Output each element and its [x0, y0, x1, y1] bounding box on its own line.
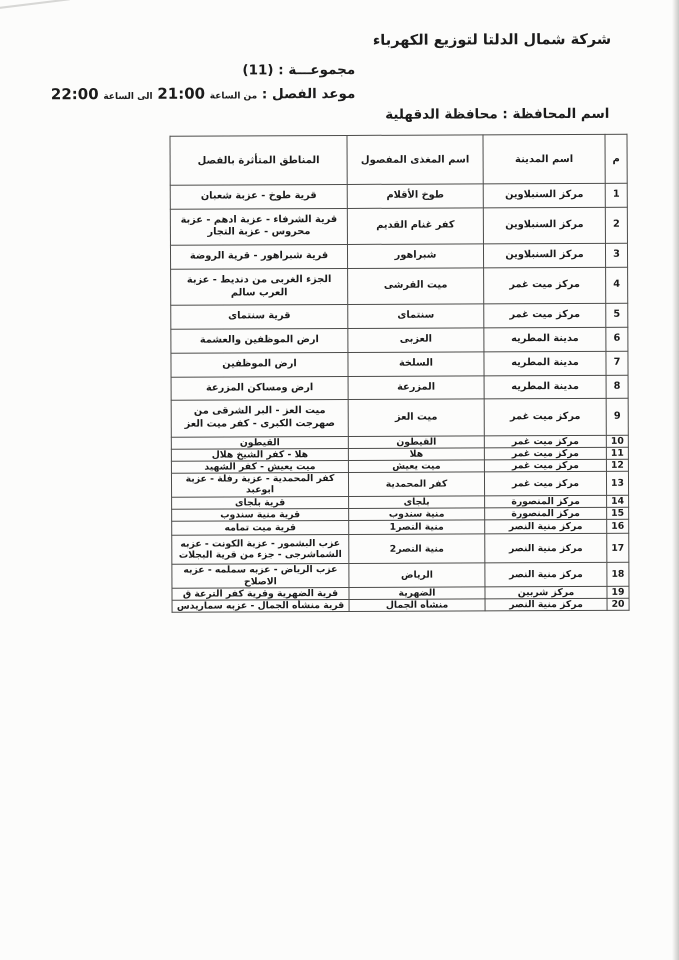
header-city: اسم المدينة: [483, 134, 605, 184]
cell-city: مركز ميت غمر: [484, 399, 606, 436]
table-row: 1 مركز السنبلاوين طوخ الأقلام قرية طوخ -…: [170, 183, 627, 209]
outage-time-to-value: 22:00: [51, 85, 99, 103]
cell-areas: كفر المحمدية - عزبة رفلة - عزبة ابوعبد: [171, 473, 348, 497]
cell-feeder: كفر غنام القديم: [347, 208, 483, 245]
cell-number: 9: [606, 399, 628, 436]
cell-city: مركز ميت غمر: [484, 447, 606, 460]
cell-number: 14: [607, 495, 629, 507]
table-row: 8 مدينة المطريه المزرعة ارض ومساكن المزر…: [171, 375, 628, 401]
cell-areas: قرية بلجاى: [172, 496, 349, 509]
outage-time-from-word: من الساعة: [210, 91, 257, 101]
cell-feeder: كفر المحمدية: [348, 472, 484, 496]
governorate-line: اسم المحافظة : محافظة الدقهلية: [385, 106, 609, 123]
cell-number: 18: [607, 563, 629, 586]
cell-areas: قرية الشرفاء - عزبة ادهم - عزبة محروس - …: [170, 208, 347, 245]
cell-areas: قرية منية سندوب: [172, 508, 349, 521]
cell-city: مركز منية النصر: [485, 598, 607, 611]
table-row: 3 مركز السنبلاوين شبراهور قرية شبراهور -…: [170, 243, 627, 269]
cell-city: مدينة المطريه: [484, 327, 606, 351]
cell-areas: قرية ميت تمامه: [172, 520, 349, 535]
cell-number: 5: [606, 304, 628, 328]
header-areas: المناطق المتأثرة بالفصل: [170, 135, 347, 185]
cell-feeder: منية سندوب: [349, 508, 485, 521]
table-row: 5 مركز ميت غمر سنتماى قرية سنتماى: [171, 304, 628, 330]
scanned-document-page: شركة شمال الدلتا لتوزيع الكهرباء مجموعــ…: [0, 0, 679, 960]
cell-feeder: بلجاى: [349, 495, 485, 508]
cell-feeder: منية النصر2: [349, 534, 485, 564]
cell-feeder: الضهرية: [349, 587, 485, 600]
cell-areas: قرية سنتماى: [171, 305, 348, 330]
cell-city: مركز منية النصر: [485, 533, 607, 563]
group-line: مجموعـــة : (11): [242, 62, 355, 78]
cell-city: مركز ميت غمر: [484, 435, 606, 448]
cell-city: مدينة المطريه: [484, 351, 606, 375]
cell-areas: هلا - كفر الشيخ هلال: [171, 448, 348, 461]
cell-number: 19: [607, 586, 629, 598]
cell-city: مركز ميت غمر: [484, 304, 606, 328]
table-head: م اسم المدينة اسم المغذى المفصول المناطق…: [170, 134, 627, 185]
cell-feeder: الرياض: [349, 563, 485, 587]
outage-time-label: موعد الفصل :: [262, 86, 355, 102]
group-value: (11): [242, 62, 273, 78]
cell-feeder: سنتماى: [348, 304, 484, 328]
cell-city: مركز ميت غمر: [484, 267, 606, 304]
cell-feeder: شبراهور: [347, 244, 483, 268]
cell-number: 3: [605, 243, 627, 267]
table-row: 13 مركز ميت غمر كفر المحمدية كفر المحمدي…: [171, 472, 628, 497]
cell-city: مركز منية النصر: [485, 519, 607, 534]
table-row: 17 مركز منية النصر منية النصر2 عزب البشم…: [172, 533, 629, 564]
cell-number: 10: [606, 435, 628, 447]
cell-areas: قرية منشأه الجمال - عزبه سماريدس: [172, 599, 349, 612]
cell-city: مركز ميت غمر: [484, 472, 606, 496]
cell-feeder: ميت العز: [348, 399, 484, 436]
cell-areas: قرية طوخ - عزبة شعبان: [170, 184, 347, 209]
cell-feeder: منية النصر1: [349, 520, 485, 535]
cell-city: مركز السنبلاوين: [483, 244, 605, 268]
document-content: شركة شمال الدلتا لتوزيع الكهرباء مجموعــ…: [0, 0, 679, 960]
cell-areas: ميت العز - البر الشرقى من صهرجت الكبرى -…: [171, 400, 348, 437]
cell-areas: القيطون: [171, 436, 348, 449]
cell-areas: ارض ومساكن المزرعة: [171, 376, 348, 401]
cell-areas: ارض الموظفين والعشمة: [171, 329, 348, 354]
cell-city: مركز شربين: [485, 586, 607, 599]
cell-number: 1: [605, 183, 627, 207]
cell-city: مركز السنبلاوين: [483, 207, 605, 244]
cell-number: 16: [607, 519, 629, 533]
table-row: 20 مركز منية النصر منشأه الجمال قرية منش…: [172, 598, 629, 612]
cell-city: مركز المنصورة: [485, 495, 607, 508]
cell-number: 17: [607, 533, 629, 562]
outage-time-to-word: الى الساعة: [103, 92, 152, 102]
cell-number: 12: [606, 459, 628, 471]
header-number: م: [605, 134, 627, 183]
cell-city: مركز المنصورة: [485, 507, 607, 520]
outage-table: م اسم المدينة اسم المغذى المفصول المناطق…: [169, 134, 629, 613]
cell-city: مركز السنبلاوين: [483, 183, 605, 207]
cell-city: مدينة المطريه: [484, 375, 606, 399]
cell-number: 20: [607, 598, 629, 610]
cell-number: 7: [606, 351, 628, 375]
table-row: 6 مدينة المطريه العزبى ارض الموظفين والع…: [171, 327, 628, 353]
outage-time-from-value: 21:00: [157, 85, 205, 103]
cell-areas: قرية شبراهور - قرية الروضة: [170, 245, 347, 270]
cell-feeder: ميت القرشى: [348, 268, 484, 305]
outage-time-line: موعد الفصل : من الساعة 21:00 الى الساعة …: [51, 84, 356, 103]
cell-feeder: هلا: [348, 448, 484, 461]
table-row: 2 مركز السنبلاوين كفر غنام القديم قرية ا…: [170, 207, 627, 245]
cell-areas: ميت يعيش - كفر الشهيد: [171, 461, 348, 474]
cell-number: 11: [606, 447, 628, 459]
cell-areas: عزب الرياض - عزبه سملمه - عزبه الاصلاح: [172, 564, 349, 588]
cell-feeder: السلخة: [348, 352, 484, 376]
table-header-row: م اسم المدينة اسم المغذى المفصول المناطق…: [170, 134, 627, 185]
cell-city: مركز ميت غمر: [484, 459, 606, 472]
cell-number: 13: [606, 472, 628, 495]
table-row: 18 مركز منية النصر الرياض عزب الرياض - ع…: [172, 563, 629, 588]
cell-areas: قرية الضهرية وقرية كفر الترعة ق: [172, 587, 349, 600]
table-row: 9 مركز ميت غمر ميت العز ميت العز - البر …: [171, 399, 628, 437]
header-feeder: اسم المغذى المفصول: [347, 135, 483, 185]
cell-number: 15: [607, 507, 629, 519]
cell-number: 4: [606, 267, 628, 304]
cell-areas: الجزء الغربى من دنديط - عزبة العرب سالم: [171, 268, 348, 305]
company-name: شركة شمال الدلتا لتوزيع الكهرباء: [373, 32, 611, 49]
cell-feeder: العزبى: [348, 328, 484, 352]
cell-feeder: ميت يعيش: [348, 460, 484, 473]
group-label: مجموعـــة :: [278, 62, 355, 78]
table-row: 4 مركز ميت غمر ميت القرشى الجزء الغربى م…: [171, 267, 628, 305]
cell-feeder: المزرعة: [348, 375, 484, 399]
cell-feeder: طوخ الأقلام: [347, 184, 483, 208]
cell-feeder: منشأه الجمال: [349, 599, 485, 612]
cell-areas: ارض الموظفين: [171, 352, 348, 377]
cell-number: 2: [605, 207, 627, 244]
cell-areas: عزب البشمور - عزبة الكونت - عزبه الشماشر…: [172, 535, 349, 565]
cell-feeder: القيطون: [348, 436, 484, 449]
table-body: 1 مركز السنبلاوين طوخ الأقلام قرية طوخ -…: [170, 183, 629, 612]
cell-number: 6: [606, 327, 628, 351]
table-row: 7 مدينة المطريه السلخة ارض الموظفين: [171, 351, 628, 377]
cell-number: 8: [606, 375, 628, 399]
cell-city: مركز منية النصر: [485, 563, 607, 587]
